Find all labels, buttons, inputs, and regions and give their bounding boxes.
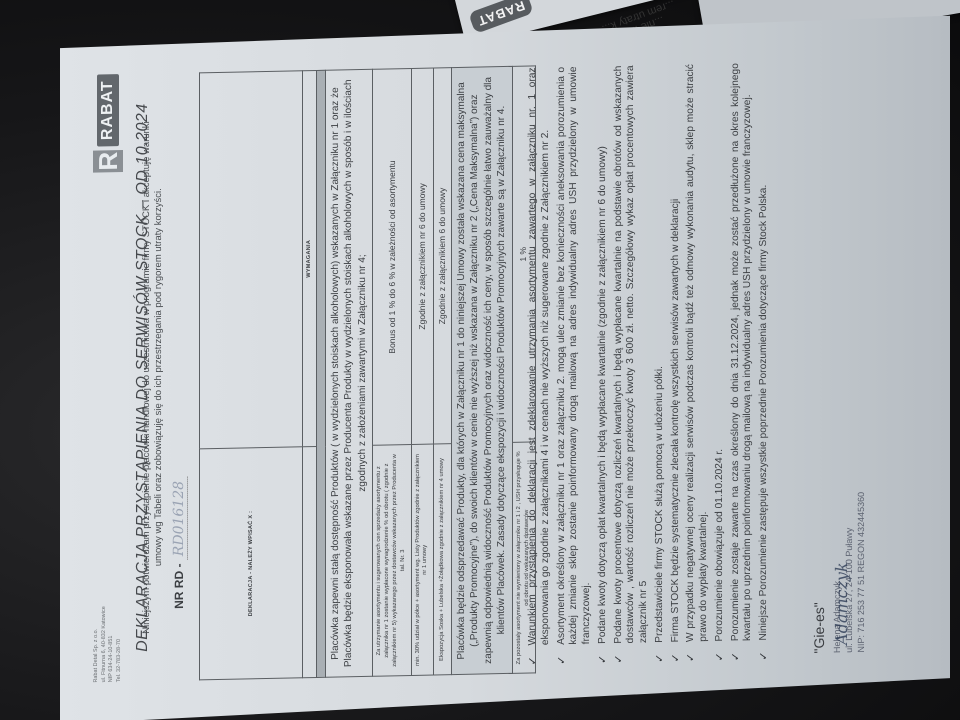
checkmark-icon: ✓	[654, 653, 668, 663]
condition-text: Firma STOCK będzie systematycznie zlecał…	[670, 199, 681, 643]
company-line: Rabat Detal Sp. z o.o.	[93, 606, 101, 682]
handwritten-signature: Adamczyk	[832, 562, 853, 645]
conditions-list: ✓Warunkiem przystąpienia do deklaracji j…	[527, 62, 774, 667]
document-sheet: Rabat Detal Sp. z o.o. ul. Fitnurna 6, 4…	[60, 16, 950, 720]
requirement-text: Placówka zapewni stałą dostępność Produk…	[325, 69, 373, 677]
list-item: ✓Podane kwoty dotyczą opłat kwartalnych …	[597, 66, 610, 666]
condition-text: Podane kwoty dotyczą opłat kwartalnych i…	[597, 146, 608, 644]
list-item: ✓Firma STOCK będzie systematycznie zleca…	[670, 64, 683, 664]
nr-rd-value: RD016128	[171, 477, 188, 561]
list-item: ✓Podane kwoty procentowe dotyczą rozlicz…	[613, 65, 651, 666]
requirement-text: min. 30% udział w półce + asortyment wg.…	[411, 444, 434, 675]
company-address: Rabat Detal Sp. z o.o. ul. Fitnurna 6, 4…	[93, 606, 124, 683]
condition-text: Porozumienie zostaje zawarte na czas okr…	[730, 63, 754, 641]
requirements-header: WYMAGANIA	[303, 70, 317, 447]
requirement-text: Za utrzymanie asortymentu i sugerowanych…	[373, 445, 411, 676]
table-row: Placówka będzie odsprzedawać Produkty, d…	[451, 66, 512, 674]
condition-text: Asortyment określony w załączniku nr 1 o…	[556, 66, 593, 644]
table-row: Za utrzymanie asortymentu i sugerowanych…	[373, 68, 411, 676]
logo-mark: R	[93, 150, 123, 173]
declaration-empty	[303, 447, 317, 678]
stamp-ids: NIP: 716 253 77 51 REGON 432445360	[856, 492, 868, 653]
checkmark-icon: ✓	[685, 653, 699, 663]
condition-text: Porozumienie obowiązuje od 01.10.2024 r.	[714, 449, 725, 642]
list-item: ✓Asortyment określony w załączniku nr 1 …	[556, 66, 594, 667]
condition-text: Przedstawiciele firmy STOCK służą pomocą…	[654, 366, 665, 643]
table-row: Placówka zapewni stałą dostępność Produk…	[325, 69, 373, 677]
requirement-value: Zgodnie z załącznikiem nr 6 do umowy	[411, 68, 434, 445]
nr-rd-field: NR RD - RD016128	[171, 477, 189, 609]
nr-rd-label: NR RD -	[172, 563, 186, 609]
checkmark-icon: ✓	[730, 652, 744, 662]
company-line: Tel. 32-783-28-70	[116, 606, 124, 682]
store-name: "Gie-es"	[810, 493, 828, 654]
checkmark-icon: ✓	[527, 656, 541, 666]
condition-text: Podane kwoty procentowe dotyczą rozlicze…	[613, 65, 650, 643]
checkmark-icon: ✓	[556, 655, 570, 665]
document-page: Rabat Detal Sp. z o.o. ul. Fitnurna 6, 4…	[75, 31, 935, 709]
table-row: min. 30% udział w półce + asortyment wg.…	[411, 68, 434, 675]
intro-text: Niniejszym potwierdzam przystąpienie pla…	[141, 107, 165, 647]
declaration-blank	[200, 71, 303, 450]
shaded-divider	[316, 70, 325, 677]
condition-text: W przypadku negatywnej oceny realizacji …	[685, 64, 709, 642]
condition-text: Niniejsze Porozumienie zastępuje wszystk…	[758, 185, 769, 641]
signature-block: "Gie-es" Helena Adamczyk ul. Lubelska 27…	[810, 492, 867, 654]
list-item: ✓Warunkiem przystąpienia do deklaracji j…	[527, 67, 553, 668]
list-item: ✓Niniejsze Porozumienie zastępuje wszyst…	[758, 62, 771, 662]
checkmark-icon: ✓	[597, 655, 611, 665]
checkmark-icon: ✓	[758, 651, 772, 661]
declaration-header: DEKLARACJA - NALEŻY WPISAĆ X :	[200, 447, 303, 680]
logo-text: RABAT	[97, 74, 119, 146]
company-line: ul. Fitnurna 6, 40-832 Katowice	[101, 606, 109, 682]
list-item: ✓Porozumienie zostaje zawarte na czas ok…	[730, 63, 756, 664]
list-item: ✓Porozumienie obowiązuje od 01.10.2024 r…	[714, 63, 727, 663]
list-item: ✓Przedstawiciele firmy STOCK służą pomoc…	[654, 65, 667, 665]
requirement-value: Bonus od 1 % do 6 % w zależności od asor…	[373, 68, 411, 445]
checkmark-icon: ✓	[613, 654, 627, 664]
requirements-table: DEKLARACJA - NALEŻY WPISAĆ X : WYMAGANIA…	[199, 65, 536, 680]
table-row: Ekspozycja Soska + Lubelska +Żołądkowa z…	[434, 68, 452, 675]
checkmark-icon: ✓	[714, 652, 728, 662]
list-item: ✓W przypadku negatywnej oceny realizacji…	[685, 64, 711, 665]
checkmark-icon: ✓	[670, 653, 684, 663]
company-line: NIP 634-24-10-851	[108, 606, 116, 682]
condition-text: Warunkiem przystąpienia do deklaracji je…	[527, 67, 551, 645]
requirement-text: Ekspozycja Soska + Lubelska +Żołądkowa z…	[434, 444, 452, 675]
requirement-value: Zgodnie z załącznikiem 6 do umowy	[434, 68, 452, 445]
requirement-text: Placówka będzie odsprzedawać Produkty, d…	[451, 66, 512, 674]
rabat-logo: R RABAT	[93, 74, 123, 172]
